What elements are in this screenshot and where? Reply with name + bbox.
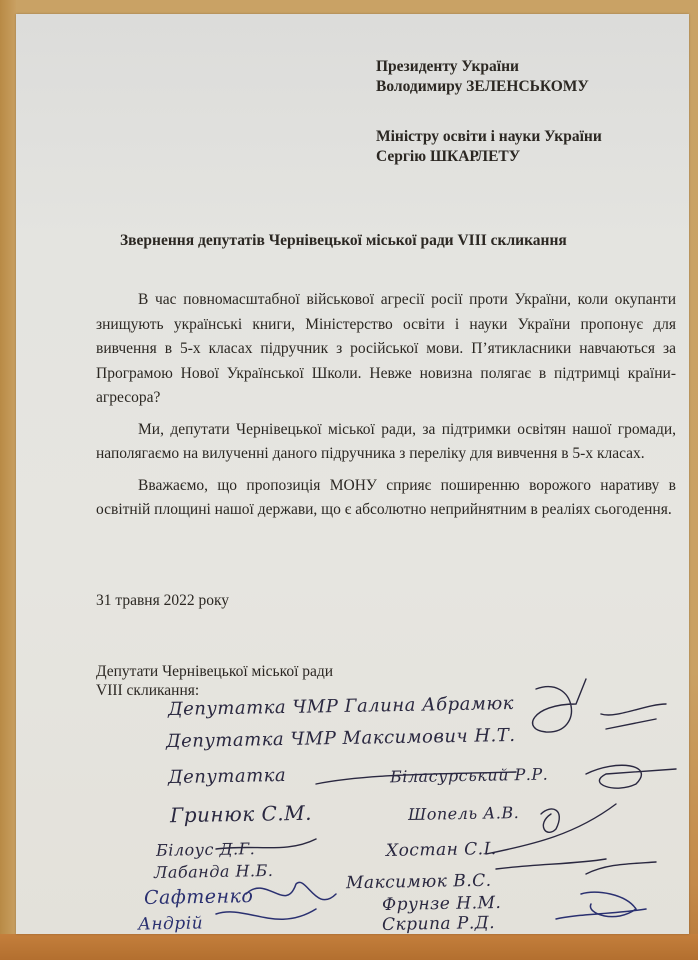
signers-label-line: Депутати Чернівецької міської ради <box>96 662 333 681</box>
handwritten-signature: Лабанда Н.Б. <box>154 861 274 882</box>
handwritten-signature: Андрій <box>138 913 203 934</box>
addressee-title: Міністру освіти і науки України <box>376 127 602 147</box>
addressee-minister: Міністру освіти і науки України Сергію Ш… <box>376 127 602 167</box>
handwritten-signature: Шопель А.В. <box>408 803 520 824</box>
signers-label-line: VIII скликання: <box>96 681 333 700</box>
paragraph: Ми, депутати Чернівецької міської ради, … <box>96 418 676 467</box>
addressee-president: Президенту України Володимиру ЗЕЛЕНСЬКОМ… <box>376 57 589 97</box>
paragraph: В час повномасштабної військової агресії… <box>96 288 676 411</box>
addressee-title: Президенту України <box>376 57 589 77</box>
wood-surface-left <box>0 0 16 960</box>
handwritten-signature: Максимюк В.С. <box>346 871 492 894</box>
document-title: Звернення депутатів Чернівецької міської… <box>120 232 567 250</box>
handwritten-signature: Депутатка ЧМР Максимович Н.Т. <box>166 725 516 752</box>
handwritten-signature: Фрунзе Н.М. <box>382 893 502 915</box>
handwritten-signature: Гринюк С.М. <box>170 801 312 827</box>
handwritten-signature: Біласурський Р.Р. <box>390 765 549 787</box>
handwritten-signature: Хостан С.І. <box>386 839 497 861</box>
handwritten-signature: Білоус Д.Г. <box>156 839 256 860</box>
paragraph: Вважаємо, що пропозиція МОНУ сприяє поши… <box>96 474 676 523</box>
addressee-name: Володимиру ЗЕЛЕНСЬКОМУ <box>376 77 589 97</box>
letter-page: Президенту України Володимиру ЗЕЛЕНСЬКОМ… <box>16 14 689 934</box>
signers-label: Депутати Чернівецької міської ради VIII … <box>96 662 333 700</box>
handwritten-signature: Сафтенко <box>144 885 254 909</box>
handwritten-signature: Депутатка <box>168 765 287 788</box>
addressee-name: Сергію ШКАРЛЕТУ <box>376 147 602 167</box>
letter-body: В час повномасштабної військової агресії… <box>96 288 676 530</box>
wood-surface-bottom <box>0 934 698 960</box>
handwritten-signature: Скрипа Р.Д. <box>382 913 495 935</box>
document-date: 31 травня 2022 року <box>96 592 229 610</box>
